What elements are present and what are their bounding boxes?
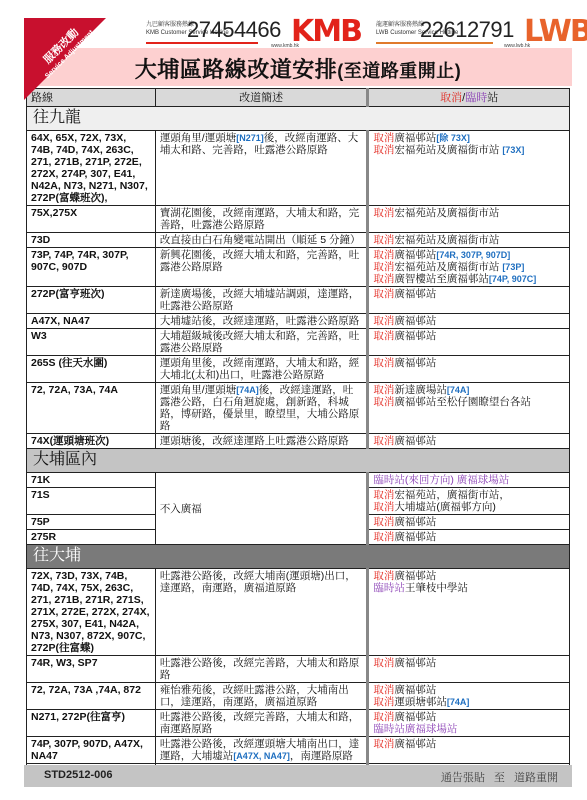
header-diversion: 改道簡述: [155, 89, 368, 107]
cancelled-stop: 取消廣福邨站: [373, 330, 565, 342]
stop-cell: 取消廣福邨站臨時站廣福球場站: [368, 710, 570, 737]
route-cell: 275R: [27, 530, 156, 545]
diversion-cell: 改直接由白石角變電站開出（順延 5 分鐘）: [155, 233, 368, 248]
cancelled-stop: 取消廣福邨站: [373, 435, 565, 447]
stop-cell: 取消廣福邨站: [368, 737, 570, 764]
stop-cell: 取消宏福苑站及廣福街市站: [368, 206, 570, 233]
route-cell: W3: [27, 329, 156, 356]
route-cell: 72, 72A, 73A ,74A, 872: [27, 683, 156, 710]
stop-cell: 取消廣福邨站取消運頭塘邨站[74A]: [368, 683, 570, 710]
route-tag: [74A]: [447, 385, 470, 395]
table-row: 72, 72A, 73A ,74A, 872雍怡雅苑後，改經吐露港公路，大埔南出…: [27, 683, 570, 710]
cancelled-stop: 取消廣福邨站: [373, 738, 565, 750]
diversion-cell: 吐露港公路後，改經大埔南(運頭塘)出口，達運路，南運路，廣福道原路: [155, 569, 368, 656]
table-row: 74P, 307P, 907D, A47X, NA47吐露港公路後，改經運頭塘大…: [27, 737, 570, 764]
section-title: 往九龍: [27, 107, 570, 131]
cancelled-stop: 取消廣福邨站: [373, 531, 565, 543]
kmb-underline: [146, 42, 258, 44]
stop-cell: 取消廣福邨站臨時站王肇枝中學站: [368, 569, 570, 656]
route-cell: 265S (往天水圍): [27, 356, 156, 383]
diversion-cell: 不入廣福: [155, 473, 368, 545]
cancelled-stop: 取消廣福邨站: [373, 516, 565, 528]
stop-cell: 取消宏福苑站，廣福街市站，取消大埔墟站(廣福邨方向): [368, 488, 570, 515]
cancelled-stop: 取消廣福邨站[74R, 307P, 907D]: [373, 249, 565, 261]
route-cell: 64X, 65X, 72X, 73X, 74B, 74D, 74X, 263C,…: [27, 131, 156, 206]
stop-cell: 取消廣福邨站: [368, 329, 570, 356]
diversion-cell: 吐露港公路後，改經完善路，大埔太和路，南運路原路: [155, 710, 368, 737]
cancelled-stop: 取消宏福苑站及廣福街市站 [73P]: [373, 261, 565, 273]
stop-cell: 取消廣福邨站: [368, 530, 570, 545]
table-row: 74R, W3, SP7吐露港公路後，改經完善路，大埔太和路原路取消廣福邨站: [27, 656, 570, 683]
section-row: 往大埔: [27, 545, 570, 569]
cancelled-stop: 取消廣福邨站至松仔園瞭望台各站: [373, 396, 565, 408]
table-row: 265S (往天水圍)運頭角里後，改經南運路，大埔太和路，經大埔北(太和)出口，…: [27, 356, 570, 383]
temporary-stop: 臨時站(來回方向) 廣福球場站: [373, 474, 565, 486]
route-tag: [N271]: [236, 133, 264, 143]
page-title: 大埔區路線改道安排(至道路重開止): [24, 53, 572, 84]
route-tag: [74R, 307P, 907D]: [436, 250, 510, 260]
cancelled-stop: 取消新達廣場站[74A]: [373, 384, 565, 396]
diversion-cell: 大埔超級城後改經大埔太和路，完善路，吐露港公路原路: [155, 329, 368, 356]
title-sub: (至道路重開止): [337, 61, 461, 81]
cancelled-stop: 取消廣福邨站: [373, 357, 565, 369]
cancelled-stop: 取消廣福邨站: [373, 711, 565, 723]
stop-cell: 取消廣福邨站[74R, 307P, 907D]取消宏福苑站及廣福街市站 [73P…: [368, 248, 570, 287]
temporary-stop: 臨時站王肇枝中學站: [373, 582, 565, 594]
table-row: 272P(富亨班次)新達廣場後，改經大埔墟站調頭，達運路，吐露港公路原路取消廣福…: [27, 287, 570, 314]
cancelled-stop: 取消宏福苑站及廣福街市站: [373, 207, 565, 219]
header-cancel-temp: 取消/臨時站: [368, 89, 570, 107]
lwb-hotline-number: 22612791: [420, 18, 514, 42]
diversion-cell: 運頭角里後，改經南運路，大埔太和路，經大埔北(太和)出口，吐露港公路原路: [155, 356, 368, 383]
route-cell: 75P: [27, 515, 156, 530]
diversion-cell: 寶湖花園後，改經南運路，大埔太和路，完善路，吐露港公路原路: [155, 206, 368, 233]
title-band: 大埔區路線改道安排(至道路重開止): [24, 48, 572, 86]
section-title: 大埔區內: [27, 449, 570, 473]
diversion-cell: 吐露港公路後，改經完善路，大埔太和路原路: [155, 656, 368, 683]
route-cell: 74P, 307P, 907D, A47X, NA47: [27, 737, 156, 764]
table-row: 73D改直接由白石角變電站開出（順延 5 分鐘）取消宏福苑站及廣福街市站: [27, 233, 570, 248]
stop-cell: 取消廣福邨站: [368, 314, 570, 329]
table-header-row: 路線 改道簡述 取消/臨時站: [27, 89, 570, 107]
title-main: 大埔區路線改道安排: [135, 57, 338, 82]
kmb-hotline-number: 27454466: [187, 18, 281, 42]
cancelled-stop: 取消大埔墟站(廣福邨方向): [373, 501, 565, 513]
service-adjustment-ribbon: 服務改動 Service Adjustment: [24, 18, 106, 100]
cancelled-stop: 取消宏福苑站及廣福街市站: [373, 234, 565, 246]
diversion-cell: 運頭角里/運頭塘[74A]後，改經達運路，吐露港公路，白石角迴旋處，創新路，科城…: [155, 383, 368, 434]
route-cell: 74X(運頭塘班次): [27, 434, 156, 449]
table-row: 64X, 65X, 72X, 73X, 74B, 74D, 74X, 263C,…: [27, 131, 570, 206]
route-cell: 272P(富亨班次): [27, 287, 156, 314]
route-cell: 72X, 73D, 73X, 74B, 74D, 74X, 75X, 263C,…: [27, 569, 156, 656]
section-title: 往大埔: [27, 545, 570, 569]
route-cell: 71S: [27, 488, 156, 515]
stop-cell: 取消廣福邨站: [368, 434, 570, 449]
route-cell: 73D: [27, 233, 156, 248]
kmb-logo: KMB: [291, 16, 361, 48]
route-tag: [73X]: [502, 145, 524, 155]
cancelled-stop: 取消宏福苑站，廣福街市站，: [373, 489, 565, 501]
route-tag: [74A]: [447, 697, 470, 707]
cancelled-stop: 取消廣福邨站: [373, 657, 565, 669]
cancelled-stop: 取消廣福邨站: [373, 684, 565, 696]
cancelled-stop: 取消廣福邨站: [373, 288, 565, 300]
diversion-cell: 新興花園後，改經大埔太和路，完善路，吐露港公路原路: [155, 248, 368, 287]
cancelled-stop: 取消廣智樓站至廣福邨站[74P, 907C]: [373, 273, 565, 285]
route-cell: 73P, 74P, 74R, 307P, 907C, 907D: [27, 248, 156, 287]
table-row: A47X, NA47大埔墟站後，改經達運路，吐露港公路原路取消廣福邨站: [27, 314, 570, 329]
hotlines: 九巴顧客服務熱線 KMB Customer Service Hotline 27…: [146, 16, 573, 50]
table-row: 71K不入廣福臨時站(來回方向) 廣福球場站: [27, 473, 570, 488]
route-cell: A47X, NA47: [27, 314, 156, 329]
notice-code: STD2512-006: [44, 769, 113, 781]
route-cell: 72, 72A, 73A, 74A: [27, 383, 156, 434]
table-row: 72X, 73D, 73X, 74B, 74D, 74X, 75X, 263C,…: [27, 569, 570, 656]
route-cell: 71K: [27, 473, 156, 488]
table-row: W3大埔超級城後改經大埔太和路，完善路，吐露港公路原路取消廣福邨站: [27, 329, 570, 356]
lwb-hotline: 龍運顧客服務熱線 LWB Customer Service Hotline 22…: [376, 16, 571, 50]
table-row: 75X,275X寶湖花園後，改經南運路，大埔太和路，完善路，吐露港公路原路取消宏…: [27, 206, 570, 233]
diversion-cell: 運頭塘後，改經達運路上吐露港公路原路: [155, 434, 368, 449]
stop-cell: 取消宏福苑站及廣福街市站: [368, 233, 570, 248]
diversion-table: 路線 改道簡述 取消/臨時站 往九龍64X, 65X, 72X, 73X, 74…: [26, 88, 570, 779]
route-cell: 74R, W3, SP7: [27, 656, 156, 683]
footer: STD2512-006 通告張貼 至 道路重開: [24, 765, 572, 787]
diversion-cell: 運頭角里/運頭塘[N271]後，改經南運路、大埔太和路、完善路，吐露港公路原路: [155, 131, 368, 206]
route-tag: [除 73X]: [436, 133, 470, 143]
stop-cell: 取消廣福邨站[除 73X]取消宏福苑站及廣福街市站 [73X]: [368, 131, 570, 206]
stop-cell: 取消廣福邨站: [368, 287, 570, 314]
kmb-hotline: 九巴顧客服務熱線 KMB Customer Service Hotline 27…: [146, 16, 371, 50]
stop-cell: 臨時站(來回方向) 廣福球場站: [368, 473, 570, 488]
section-row: 往九龍: [27, 107, 570, 131]
lwb-underline: [376, 42, 493, 44]
section-row: 大埔區內: [27, 449, 570, 473]
cancelled-stop: 取消宏福苑站及廣福街市站 [73X]: [373, 144, 565, 156]
route-cell: 75X,275X: [27, 206, 156, 233]
cancelled-stop: 取消運頭塘邨站[74A]: [373, 696, 565, 708]
table-row: 73P, 74P, 74R, 307P, 907C, 907D新興花園後，改經大…: [27, 248, 570, 287]
table-row: 74X(運頭塘班次)運頭塘後，改經達運路上吐露港公路原路取消廣福邨站: [27, 434, 570, 449]
stop-cell: 取消廣福邨站: [368, 656, 570, 683]
route-tag: [74P, 907C]: [489, 274, 536, 284]
diversion-cell: 吐露港公路後，改經運頭塘大埔南出口，達運路，大埔墟站[A47X, NA47]，南…: [155, 737, 368, 764]
notice-period: 通告張貼 至 道路重開: [441, 769, 558, 785]
temporary-stop: 臨時站廣福球場站: [373, 723, 565, 735]
diversion-cell: 大埔墟站後，改經達運路，吐露港公路原路: [155, 314, 368, 329]
cancelled-stop: 取消廣福邨站: [373, 570, 565, 582]
diversion-cell: 新達廣場後，改經大埔墟站調頭，達運路，吐露港公路原路: [155, 287, 368, 314]
diversion-cell: 雍怡雅苑後，改經吐露港公路，大埔南出口，達運路，南運路，廣福道原路: [155, 683, 368, 710]
lwb-logo: LWB: [524, 16, 587, 48]
route-tag: [73P]: [502, 262, 524, 272]
route-tag: [A47X, NA47]: [233, 751, 290, 761]
route-tag: [74A]: [236, 385, 259, 395]
stop-cell: 取消新達廣場站[74A]取消廣福邨站至松仔園瞭望台各站: [368, 383, 570, 434]
table-row: 72, 72A, 73A, 74A運頭角里/運頭塘[74A]後，改經達運路，吐露…: [27, 383, 570, 434]
table-row: N271, 272P(往富亨)吐露港公路後，改經完善路，大埔太和路，南運路原路取…: [27, 710, 570, 737]
cancelled-stop: 取消廣福邨站[除 73X]: [373, 132, 565, 144]
stop-cell: 取消廣福邨站: [368, 515, 570, 530]
route-cell: N271, 272P(往富亨): [27, 710, 156, 737]
stop-cell: 取消廣福邨站: [368, 356, 570, 383]
cancelled-stop: 取消廣福邨站: [373, 315, 565, 327]
